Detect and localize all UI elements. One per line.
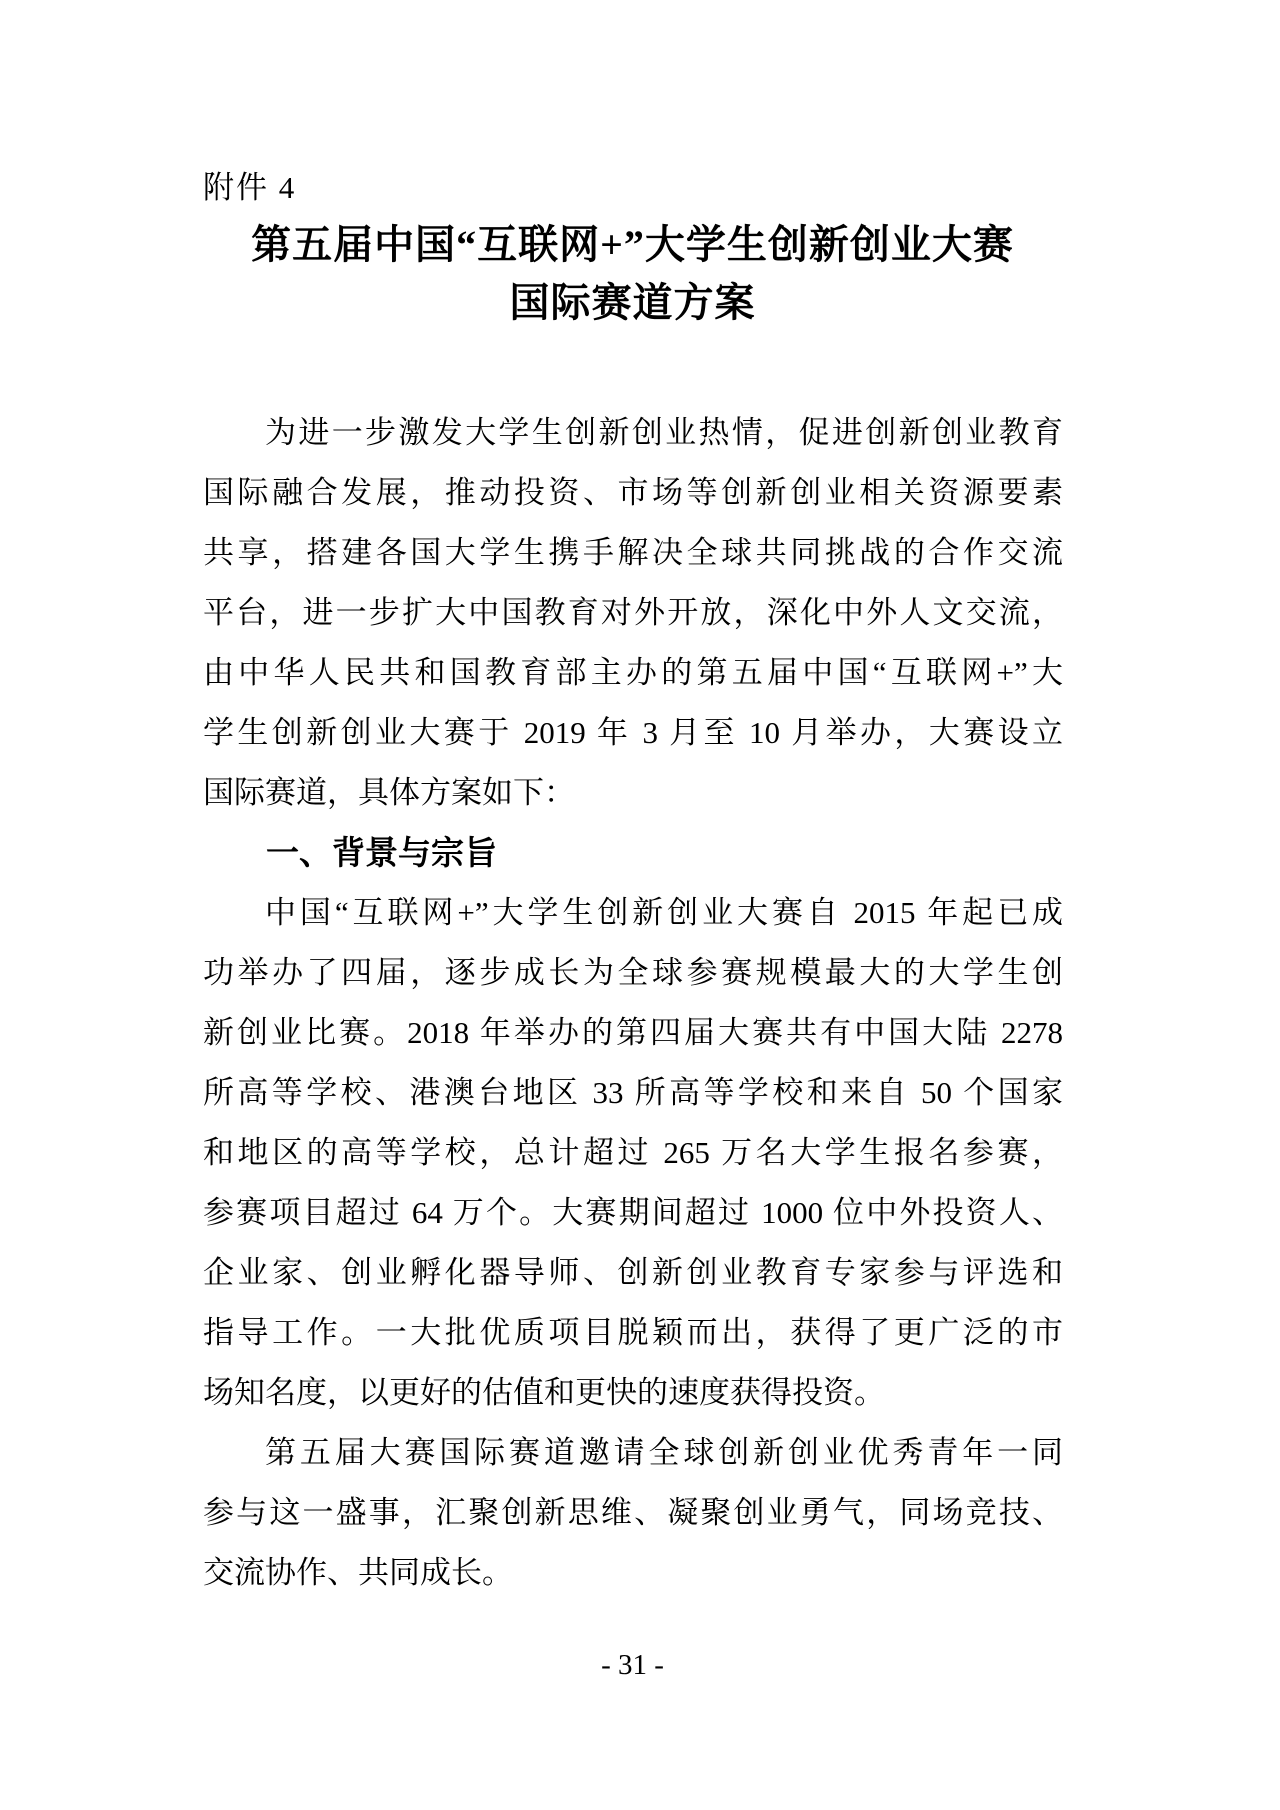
paragraph-1-line-2: 国际融合发展，推动投资、市场等创新创业相关资源要素 [203,463,1063,523]
document-title: 第五届中国“互联网+”大学生创新创业大赛 国际赛道方案 [202,216,1063,332]
paragraph-3-line-3: 交流协作、共同成长。 [203,1543,1063,1603]
document-body: 为进一步激发大学生创新创业热情，促进创新创业教育 国际融合发展，推动投资、市场等… [203,403,1063,1603]
document-page: 附件 4 第五届中国“互联网+”大学生创新创业大赛 国际赛道方案 为进一步激发大… [0,0,1280,1810]
paragraph-1-line-3: 共享，搭建各国大学生携手解决全球共同挑战的合作交流 [203,523,1063,583]
paragraph-2-line-3: 新创业比赛。2018 年举办的第四届大赛共有中国大陆 2278 [203,1003,1063,1063]
paragraph-2-line-2: 功举办了四届，逐步成长为全球参赛规模最大的大学生创 [203,943,1063,1003]
section-heading-1: 一、背景与宗旨 [203,823,1063,883]
paragraph-2-line-8: 指导工作。一大批优质项目脱颖而出，获得了更广泛的市 [203,1303,1063,1363]
attachment-label: 附件 4 [203,166,296,210]
paragraph-2-line-5: 和地区的高等学校，总计超过 265 万名大学生报名参赛， [203,1123,1063,1183]
paragraph-1-line-5: 由中华人民共和国教育部主办的第五届中国“互联网+”大 [203,643,1063,703]
paragraph-1-line-6: 学生创新创业大赛于 2019 年 3 月至 10 月举办，大赛设立 [203,703,1063,763]
paragraph-2-line-1: 中国“互联网+”大学生创新创业大赛自 2015 年起已成 [203,883,1063,943]
title-line-1: 第五届中国“互联网+”大学生创新创业大赛 [202,216,1063,274]
paragraph-3-line-2: 参与这一盛事，汇聚创新思维、凝聚创业勇气，同场竞技、 [203,1483,1063,1543]
page-number: - 31 - [202,1645,1063,1685]
paragraph-2-line-9: 场知名度，以更好的估值和更快的速度获得投资。 [203,1363,1063,1423]
paragraph-1-line-7: 国际赛道，具体方案如下： [203,763,1063,823]
paragraph-3-line-1: 第五届大赛国际赛道邀请全球创新创业优秀青年一同 [203,1423,1063,1483]
paragraph-1-line-1: 为进一步激发大学生创新创业热情，促进创新创业教育 [203,403,1063,463]
title-line-2: 国际赛道方案 [202,274,1063,332]
paragraph-2-line-4: 所高等学校、港澳台地区 33 所高等学校和来自 50 个国家 [203,1063,1063,1123]
paragraph-1-line-4: 平台，进一步扩大中国教育对外开放，深化中外人文交流， [203,583,1063,643]
paragraph-2-line-6: 参赛项目超过 64 万个。大赛期间超过 1000 位中外投资人、 [203,1183,1063,1243]
paragraph-2-line-7: 企业家、创业孵化器导师、创新创业教育专家参与评选和 [203,1243,1063,1303]
